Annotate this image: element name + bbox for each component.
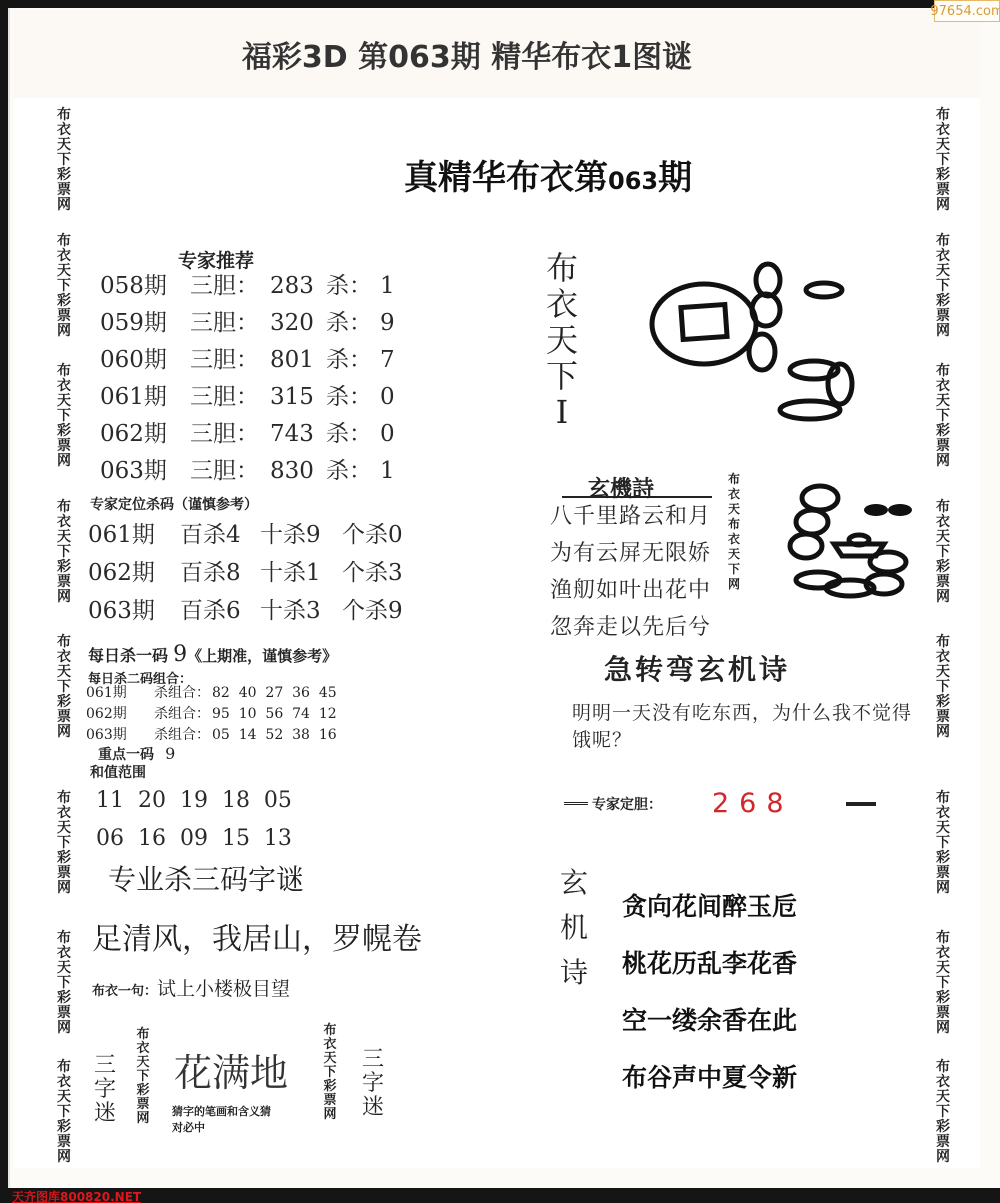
puzzle-sheet: 布衣天下彩票网 布衣天下彩票网 布衣天下彩票网 布衣天下彩票网 布衣天下彩票网 … [14, 98, 980, 1168]
turn-poem-question: 明明一天没有吃东西，为什么我不觉得饿呢？ [572, 700, 926, 754]
poem-line: 布谷声中夏令新 [622, 1049, 797, 1106]
row-dan-value: 743 [270, 416, 326, 453]
row-kill-value: 0 [380, 416, 395, 453]
side-char: 天 [542, 322, 582, 358]
position-kill-row: 061期百杀4十杀9个杀0 [88, 516, 403, 554]
daily-kill-one-note: 《上期准，谨慎参考》 [187, 647, 337, 665]
row-values: 95 10 56 74 12 [212, 704, 337, 725]
mystic-poem-watermark: 布衣天布衣天下网 [725, 472, 743, 592]
key-number-value: 9 [165, 744, 175, 763]
row-units-kill: 个杀3 [342, 554, 403, 592]
one-sentence: 布衣一句：试上小楼极目望 [92, 974, 290, 1001]
expert-recommend-table: 058期三胆：283杀：1 059期三胆：320杀：9 060期三胆：801杀：… [100, 268, 395, 490]
daily-kill-two-table: 061期杀组合：82 40 27 36 45 062期杀组合：95 10 56 … [86, 683, 337, 746]
dash-right [846, 802, 876, 806]
side-char: 下 [542, 358, 582, 394]
riddle-title: 专业杀三码字谜 [108, 858, 304, 898]
daily-kill-one-value: 9 [173, 642, 187, 667]
watermark-left-7: 布衣天下彩票网 [53, 931, 75, 1036]
row-dan-label: 三胆： [190, 379, 270, 416]
position-kill-row: 062期百杀8十杀1个杀3 [88, 554, 403, 592]
poem-line: 八千里路云和月 [550, 498, 711, 535]
recommend-row: 062期三胆：743杀：0 [100, 416, 395, 453]
row-issue: 063期 [88, 592, 180, 630]
row-dan-label: 三胆： [190, 453, 270, 490]
recommend-row: 060期三胆：801杀：7 [100, 342, 395, 379]
kill-combo-row: 061期杀组合：82 40 27 36 45 [86, 683, 337, 704]
row-issue: 061期 [88, 516, 180, 554]
row-issue: 062期 [86, 704, 154, 725]
watermark-right-7: 布衣天下彩票网 [932, 931, 954, 1036]
row-kill-value: 7 [380, 342, 395, 379]
sum-range-row: 11 20 19 18 05 [96, 782, 292, 820]
row-issue: 063期 [86, 725, 154, 746]
row-tens-kill: 十杀9 [260, 516, 342, 554]
watermark-right-1: 布衣天下彩票网 [932, 108, 954, 213]
row-dan-value: 830 [270, 453, 326, 490]
poem-line: 桃花历乱李花香 [622, 935, 797, 992]
row-dan-label: 三胆： [190, 268, 270, 305]
watermark-right-5: 布衣天下彩票网 [932, 635, 954, 740]
watermark-left-3: 布衣天下彩票网 [53, 364, 75, 469]
row-tens-kill: 十杀3 [260, 592, 342, 630]
row-tens-kill: 十杀1 [260, 554, 342, 592]
watermark-left-1: 布衣天下彩票网 [53, 108, 75, 213]
watermark-right-6: 布衣天下彩票网 [932, 791, 954, 896]
row-kill-label: 杀： [326, 305, 380, 342]
row-issue: 062期 [88, 554, 180, 592]
issue-title-suffix: 期 [658, 158, 692, 198]
row-dan-label: 三胆： [190, 416, 270, 453]
three-char-note-line2: 对必中 [172, 1120, 271, 1136]
row-units-kill: 个杀9 [342, 592, 403, 630]
poem-line: 为有云屏无限娇 [550, 535, 711, 572]
sum-range-values: 11 20 19 18 05 06 16 09 15 13 [96, 782, 292, 858]
side-char: 衣 [542, 286, 582, 322]
watermark-left-8: 布衣天下彩票网 [53, 1060, 75, 1165]
poem-line: 贪向花间醉玉卮 [622, 878, 797, 935]
row-dan-value: 283 [270, 268, 326, 305]
daily-kill-one-label: 每日杀一码 [88, 646, 168, 665]
watermark-inner-left: 布衣天下彩票网 [132, 1028, 154, 1126]
watermark-right-4: 布衣天下彩票网 [932, 500, 954, 605]
position-kill-row: 063期百杀6十杀3个杀9 [88, 592, 403, 630]
row-issue: 063期 [100, 453, 190, 490]
recommend-row: 058期三胆：283杀：1 [100, 268, 395, 305]
header-banner: 福彩3D 第063期 精华布衣1图谜 [14, 10, 980, 98]
expert-dan-value: 268 [712, 788, 794, 819]
poem-line: 渔舠如叶出花中 [550, 572, 711, 609]
poem-line: 空一缕余香在此 [622, 992, 797, 1049]
turn-poem-title: 急转弯玄机诗 [604, 648, 790, 688]
watermark-left-5: 布衣天下彩票网 [53, 635, 75, 740]
watermark-right-3: 布衣天下彩票网 [932, 364, 954, 469]
watermark-left-6: 布衣天下彩票网 [53, 791, 75, 896]
footer-watermark[interactable]: 天齐图库800820.NET [12, 1188, 141, 1203]
sum-range-row: 06 16 09 15 13 [96, 820, 292, 858]
row-issue: 062期 [100, 416, 190, 453]
kill-combo-row: 063期杀组合：05 14 52 38 16 [86, 725, 337, 746]
xuanji-side-label: 玄 机 诗 [556, 860, 592, 995]
page-title: 福彩3D 第063期 精华布衣1图谜 [242, 32, 692, 76]
row-issue: 058期 [100, 268, 190, 305]
row-label: 杀组合： [154, 704, 212, 725]
watermark-right-2: 布衣天下彩票网 [932, 234, 954, 339]
row-kill-value: 1 [380, 453, 395, 490]
key-number: 重点一码 9 [98, 744, 175, 764]
issue-title-number: 063 [608, 167, 658, 195]
one-sentence-label: 布衣一句： [92, 984, 157, 999]
three-char-note-line1: 猜字的笔画和含义猜 [172, 1104, 271, 1120]
riddle-text: 足清风，我居山，罗幌卷 [92, 914, 422, 958]
recommend-row: 059期三胆：320杀：9 [100, 305, 395, 342]
row-kill-label: 杀： [326, 453, 380, 490]
side-char: 布 [542, 250, 582, 286]
daily-kill-one: 每日杀一码 9《上期准，谨慎参考》 [88, 642, 337, 667]
row-issue: 059期 [100, 305, 190, 342]
poem-line: 忽奔走以先后兮 [550, 609, 711, 646]
row-kill-label: 杀： [326, 342, 380, 379]
mystic-poem-lines: 八千里路云和月 为有云屏无限娇 渔舠如叶出花中 忽奔走以先后兮 [550, 498, 711, 646]
row-kill-value: 1 [380, 268, 395, 305]
puzzle-side-text: 布 衣 天 下 I [542, 250, 582, 430]
side-char: 玄 [556, 860, 592, 905]
dash-left [564, 802, 588, 805]
coin-and-rings-puzzle-image [644, 240, 874, 430]
row-values: 82 40 27 36 45 [212, 683, 337, 704]
row-dan-value: 315 [270, 379, 326, 416]
row-hundreds-kill: 百杀8 [180, 554, 260, 592]
row-issue: 061期 [100, 379, 190, 416]
row-kill-label: 杀： [326, 416, 380, 453]
site-badge[interactable]: 97654.com [934, 0, 1000, 22]
row-label: 杀组合： [154, 725, 212, 746]
expert-dan-label: 专家定胆： [592, 794, 712, 814]
one-sentence-text: 试上小楼极目望 [157, 978, 290, 1000]
expert-dan: 专家定胆： 268 [564, 788, 876, 819]
row-issue: 060期 [100, 342, 190, 379]
xuanji-poem-lines: 贪向花间醉玉卮 桃花历乱李花香 空一缕余香在此 布谷声中夏令新 [622, 878, 797, 1106]
row-kill-value: 0 [380, 379, 395, 416]
three-char-note: 猜字的笔画和含义猜 对必中 [172, 1104, 271, 1136]
row-kill-label: 杀： [326, 379, 380, 416]
ingot-and-rings-puzzle-image [784, 482, 924, 602]
row-dan-value: 320 [270, 305, 326, 342]
position-kill-title: 专家定位杀码（谨慎参考） [90, 494, 258, 514]
row-label: 杀组合： [154, 683, 212, 704]
watermark-left-2: 布衣天下彩票网 [53, 234, 75, 339]
row-kill-label: 杀： [326, 268, 380, 305]
three-char-label-right: 三字迷 [360, 1048, 386, 1120]
recommend-row: 061期三胆：315杀：0 [100, 379, 395, 416]
kill-combo-row: 062期杀组合：95 10 56 74 12 [86, 704, 337, 725]
three-char-main: 花满地 [174, 1042, 288, 1097]
key-number-label: 重点一码 [98, 747, 154, 763]
row-dan-value: 801 [270, 342, 326, 379]
position-kill-table: 061期百杀4十杀9个杀0 062期百杀8十杀1个杀3 063期百杀6十杀3个杀… [88, 516, 403, 630]
side-char: I [542, 394, 582, 430]
row-hundreds-kill: 百杀4 [180, 516, 260, 554]
issue-title-prefix: 真精华布衣第 [404, 158, 608, 198]
row-hundreds-kill: 百杀6 [180, 592, 260, 630]
row-kill-value: 9 [380, 305, 395, 342]
watermark-right-8: 布衣天下彩票网 [932, 1060, 954, 1165]
side-char: 诗 [556, 950, 592, 995]
recommend-row: 063期三胆：830杀：1 [100, 453, 395, 490]
row-values: 05 14 52 38 16 [212, 725, 337, 746]
sum-range-label: 和值范围 [90, 762, 146, 782]
row-units-kill: 个杀0 [342, 516, 403, 554]
row-dan-label: 三胆： [190, 305, 270, 342]
row-dan-label: 三胆： [190, 342, 270, 379]
watermark-inner-right: 布衣天下彩票网 [319, 1024, 341, 1122]
issue-title: 真精华布衣第063期 [404, 150, 692, 199]
side-char: 机 [556, 905, 592, 950]
watermark-left-4: 布衣天下彩票网 [53, 500, 75, 605]
row-issue: 061期 [86, 683, 154, 704]
three-char-label-left: 三字迷 [92, 1054, 118, 1126]
